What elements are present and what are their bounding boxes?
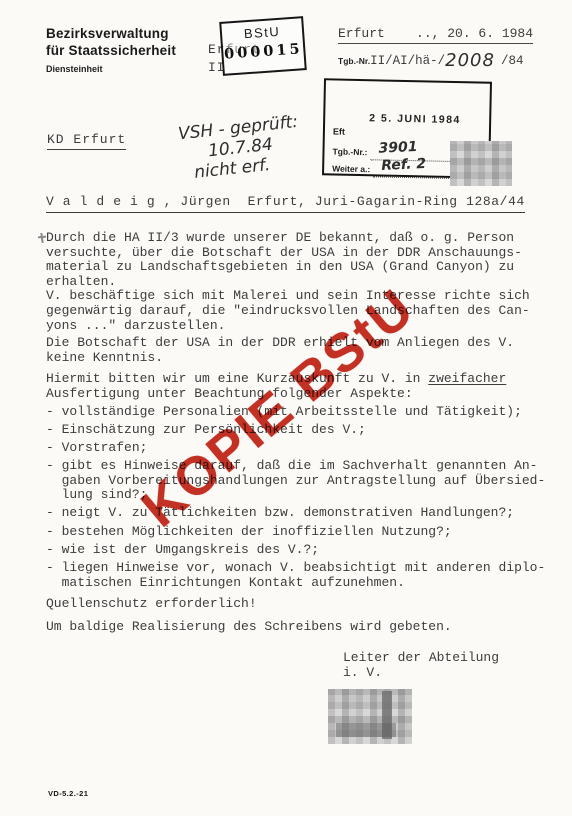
redaction-block-recipient xyxy=(450,141,512,186)
tgb-number-line: Tgb.-Nr.II/AI/hä-/2008/84 xyxy=(338,48,523,69)
receipt-org-label: Eft xyxy=(333,126,345,136)
receipt-weiter-label: Weiter a.: xyxy=(332,163,370,174)
tgb-typed-value: II/AI/hä-/ xyxy=(370,54,445,68)
kd-erfurt-line: KD Erfurt xyxy=(47,132,126,150)
receipt-date-stamp: 2 5. JUNI 1984 xyxy=(369,112,461,126)
bullet-item: - bestehen Möglichkeiten der inoffiziell… xyxy=(46,525,546,540)
receipt-tgb-label: Tgb.-Nr.: xyxy=(332,146,367,157)
bullet-item: - neigt V. zu Tätlichkeiten bzw. demonst… xyxy=(46,506,546,521)
paragraph-3-underlined-word: zweifacher xyxy=(428,371,506,386)
form-number: VD-5.2.-21 xyxy=(48,789,88,798)
bstu-stamp-title: BStU xyxy=(222,22,303,43)
bullet-item: - wie ist der Umgangskreis des V.?; xyxy=(46,543,546,558)
vsh-handwritten-note: VSH - geprüft: 10.7.84 nicht erf. xyxy=(177,112,303,184)
subject-line: V a l d e i g , Jürgen Erfurt, Juri-Gaga… xyxy=(46,194,525,213)
tgb-label: Tgb.-Nr. xyxy=(338,56,370,66)
bstu-page-number: 000015 xyxy=(223,40,304,63)
receipt-weiter-handwritten-value: Ref. 2 xyxy=(381,156,427,174)
receipt-weiter-row: Weiter a.:Ref. 2 xyxy=(332,159,465,179)
paragraph-3-text-cont: Ausfertigung unter Beachtung folgender A… xyxy=(46,386,413,401)
receipt-tgb-handwritten-value: 3901 xyxy=(378,139,418,157)
bstu-archive-stamp: BStU 000015 xyxy=(219,16,307,76)
bullet-item: - Vorstrafen; xyxy=(46,441,546,456)
pencil-tick-mark xyxy=(38,233,46,243)
closing-block: Leiter der Abteilung i. V. xyxy=(343,650,499,680)
paragraph-1: Durch die HA II/3 wurde unserer DE bekan… xyxy=(46,231,546,333)
note-realisierung: Um baldige Realisierung des Schreibens w… xyxy=(46,620,546,635)
bullet-item: - liegen Hinweise vor, wonach V. beabsic… xyxy=(46,561,546,590)
letter-body: Durch die HA II/3 wurde unserer DE bekan… xyxy=(46,231,546,637)
tgb-handwritten-number: 2008 xyxy=(445,50,495,71)
date-line: Erfurt .., 20. 6. 1984 xyxy=(338,26,533,44)
redaction-block-signature xyxy=(328,689,412,744)
bullet-item: - gibt es Hinweise darauf, daß die im Sa… xyxy=(46,459,546,503)
paragraph-3-text: Hiermit bitten wir um eine Kurzauskunft … xyxy=(46,371,428,386)
document-page: Bezirksverwaltung für Staatssicherheit D… xyxy=(0,0,572,816)
tgb-suffix: /84 xyxy=(495,54,524,68)
note-quellenschutz: Quellenschutz erforderlich! xyxy=(46,597,546,612)
